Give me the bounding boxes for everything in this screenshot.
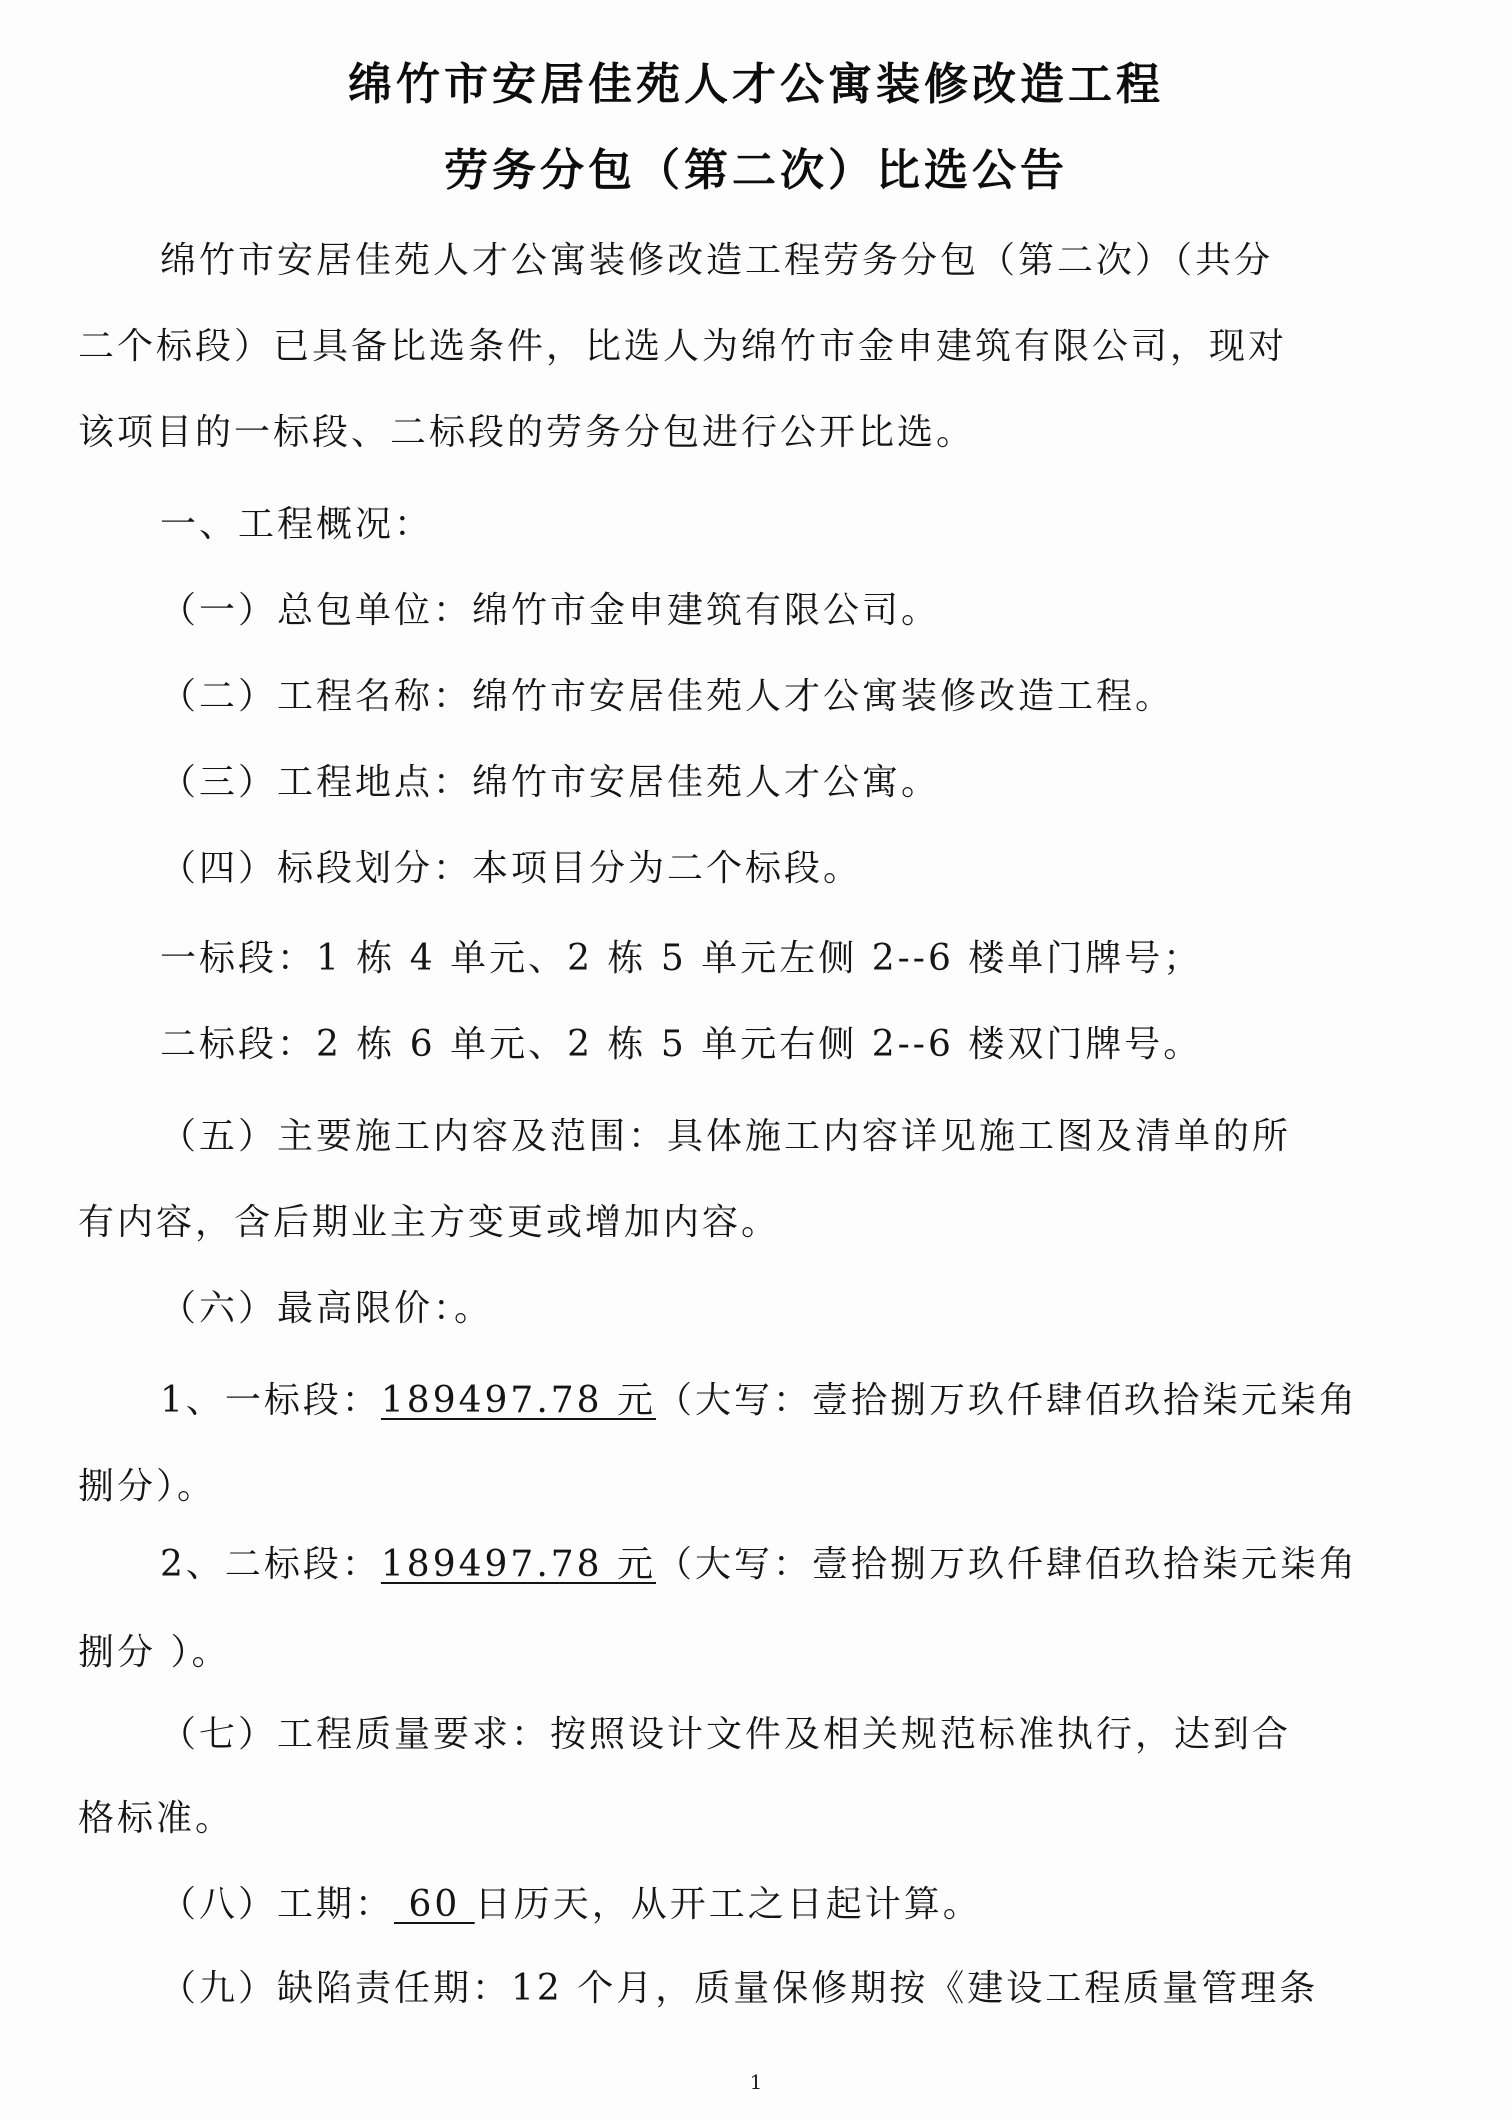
item-lot2-scope: 二标段：2 栋 6 单元、2 栋 5 单元右侧 2--6 楼双门牌号。 (160, 1016, 1202, 1067)
item-lot2-price-line-2: 捌分 ）。 (78, 1624, 230, 1675)
duration-suffix: 日历天，从开工之日起计算。 (475, 1884, 982, 1925)
intro-paragraph-line-1: 绵竹市安居佳苑人才公寓装修改造工程劳务分包（第二次）（共分 (160, 232, 1273, 283)
section-heading-overview: 一、工程概况： (160, 496, 433, 547)
item-max-price-heading: （六）最高限价：。 (160, 1280, 493, 1331)
item-lot1-scope: 一标段：1 栋 4 单元、2 栋 5 单元左侧 2--6 楼单门牌号； (160, 930, 1202, 981)
lot2-price-suffix: （大写：壹拾捌万玖仟肆佰玖拾柒元柒角 (656, 1544, 1358, 1585)
item-lot1-price-line-2: 捌分）。 (78, 1458, 216, 1509)
intro-paragraph-line-2: 二个标段）已具备比选条件，比选人为绵竹市金申建筑有限公司，现对 (78, 318, 1287, 369)
item-project-name: （二）工程名称：绵竹市安居佳苑人才公寓装修改造工程。 (160, 668, 1174, 719)
lot2-price-prefix: 2、二标段： (160, 1544, 381, 1585)
item-lot1-price: 1、一标段：189497.78 元（大写：壹拾捌万玖仟肆佰玖拾柒元柒角 (160, 1372, 1358, 1423)
lot1-price-prefix: 1、一标段： (160, 1380, 381, 1421)
item-main-work-line-1: （五）主要施工内容及范围：具体施工内容详见施工图及清单的所 (160, 1108, 1291, 1159)
title-line-1: 绵竹市安居佳苑人才公寓装修改造工程 (0, 48, 1512, 112)
lot2-price-amount: 189497.78 元 (381, 1544, 656, 1585)
title-line-2: 劳务分包（第二次）比选公告 (0, 134, 1512, 198)
item-duration: （八）工期： 60 日历天，从开工之日起计算。 (160, 1876, 982, 1927)
item-lot-division: （四）标段划分：本项目分为二个标段。 (160, 840, 862, 891)
item-defect-period: （九）缺陷责任期：12 个月，质量保修期按《建设工程质量管理条 (160, 1960, 1318, 2011)
item-main-work-line-2: 有内容，含后期业主方变更或增加内容。 (78, 1194, 780, 1245)
lot1-price-amount: 189497.78 元 (381, 1380, 656, 1421)
item-lot2-price: 2、二标段：189497.78 元（大写：壹拾捌万玖仟肆佰玖拾柒元柒角 (160, 1536, 1358, 1587)
page-number: 1 (0, 2070, 1512, 2094)
item-quality-line-2: 格标准。 (78, 1790, 234, 1841)
lot1-price-suffix: （大写：壹拾捌万玖仟肆佰玖拾柒元柒角 (656, 1380, 1358, 1421)
item-general-contractor: （一）总包单位：绵竹市金申建筑有限公司。 (160, 582, 940, 633)
duration-value: 60 (394, 1884, 475, 1925)
item-project-location: （三）工程地点：绵竹市安居佳苑人才公寓。 (160, 754, 940, 805)
intro-paragraph-line-3: 该项目的一标段、二标段的劳务分包进行公开比选。 (78, 404, 975, 455)
duration-prefix: （八）工期： (160, 1884, 394, 1925)
document-page: 绵竹市安居佳苑人才公寓装修改造工程 劳务分包（第二次）比选公告 绵竹市安居佳苑人… (0, 0, 1512, 2120)
item-quality-line-1: （七）工程质量要求：按照设计文件及相关规范标准执行，达到合 (160, 1706, 1291, 1757)
